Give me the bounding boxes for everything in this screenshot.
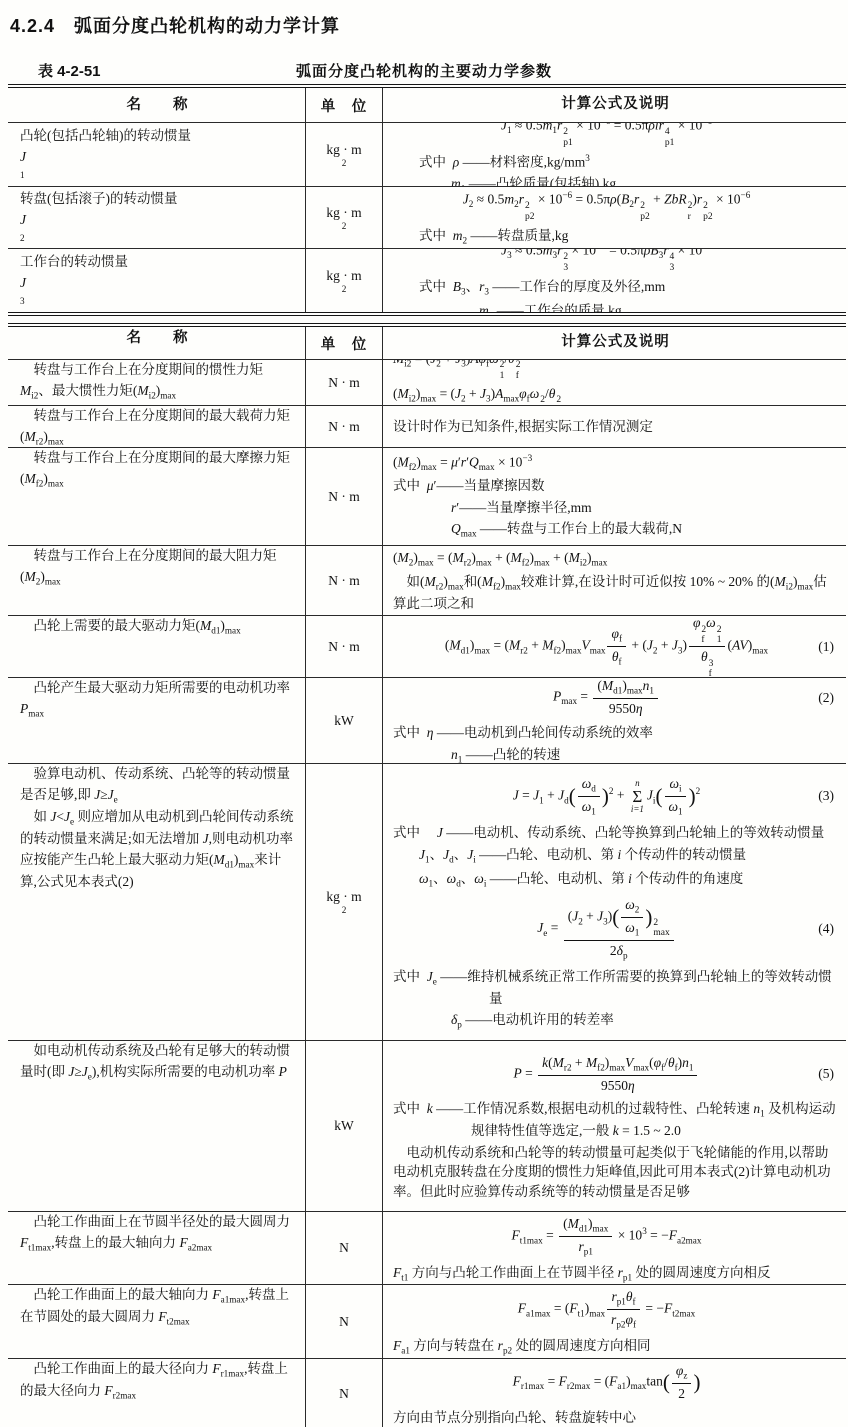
table-row: 凸轮产生最大驱动力矩所需要的电动机功率 Pmax kW Pmax = (Md1)…: [8, 677, 846, 763]
name-cell: 凸轮(包括凸轮轴)的转动惯量 J1: [8, 123, 305, 186]
table-row: 凸轮(包括凸轮轴)的转动惯量 J1 kg · m2 J1 ≈ 0.5m1r2p1…: [8, 122, 846, 186]
table-caption-row: 表 4-2-51 弧面分度凸轮机构的主要动力学参数: [0, 60, 848, 84]
header-name: 名 称: [8, 88, 305, 122]
table-row: 验算电动机、传动系统、凸轮等的转动惯量是否足够,即 J≥Je如 J<Je 则应增…: [8, 763, 846, 1040]
formula-cell: Mi2 = (J2 + J3)Aφfω21/θ2f(Mi2)max = (J2 …: [383, 360, 846, 405]
formula-cell: (Md1)max = (Mr2 + Mf2)maxVmaxφfθf + (J2 …: [383, 616, 846, 677]
table-row: 转盘与工作台上在分度期间的最大阻力矩(M2)max N · m (M2)max …: [8, 545, 846, 615]
name-cell: 凸轮工作曲面上的最大径向力 Fr1max,转盘上的最大径向力 Fr2max: [8, 1359, 305, 1427]
formula-cell: 设计时作为已知条件,根据实际工作情况测定: [383, 406, 846, 447]
header-name: 名 称: [8, 327, 305, 359]
table-row: 凸轮上需要的最大驱动力矩(Md1)max N · m (Md1)max = (M…: [8, 615, 846, 677]
table-row: 转盘与工作台上在分度期间的最大摩擦力矩(Mf2)max N · m (Mf2)m…: [8, 447, 846, 545]
formula-cell: J3 ≈ 0.5m3r23 × 10−6 = 0.5πρB3r43 × 10−6…: [383, 249, 846, 312]
formula-cell: J = J1 + Jd(ωdω1)2 + nΣi=1Ji(ωiω1)2(3)式中…: [383, 764, 846, 1040]
unit-cell: kW: [305, 1041, 383, 1211]
table-row: 转盘与工作台上在分度期间的最大载荷力矩(Mr2)max N · m 设计时作为已…: [8, 405, 846, 447]
name-cell: 转盘(包括滚子)的转动惯量 J2: [8, 187, 305, 248]
unit-cell: kg · m2: [305, 123, 383, 186]
table-row: 凸轮工作曲面上在节圆半径处的最大圆周力 Ft1max,转盘上的最大轴向力 Fa2…: [8, 1211, 846, 1284]
parameters-table-part2: 名 称 单 位 计算公式及说明 转盘与工作台上在分度期间的惯性力矩 Mi2、最大…: [8, 323, 846, 1427]
name-cell: 转盘与工作台上在分度期间的最大摩擦力矩(Mf2)max: [8, 448, 305, 545]
name-cell: 工作台的转动惯量 J3: [8, 249, 305, 312]
name-cell: 验算电动机、传动系统、凸轮等的转动惯量是否足够,即 J≥Je如 J<Je 则应增…: [8, 764, 305, 1040]
name-cell: 转盘与工作台上在分度期间的最大阻力矩(M2)max: [8, 546, 305, 615]
formula-cell: Fa1max = (Ft1)maxrp1θfrp2φf = −Ft2maxFa1…: [383, 1285, 846, 1358]
unit-cell: kg · m2: [305, 249, 383, 312]
name-cell: 转盘与工作台上在分度期间的惯性力矩 Mi2、最大惯性力矩(Mi2)max: [8, 360, 305, 405]
unit-cell: N: [305, 1212, 383, 1284]
name-cell: 凸轮产生最大驱动力矩所需要的电动机功率 Pmax: [8, 678, 305, 763]
formula-cell: Fr1max = Fr2max = (Fa1)maxtan(φz2)方向由节点分…: [383, 1359, 846, 1427]
name-cell: 如电动机传动系统及凸轮有足够大的转动惯量时(即 J≥Je),机构实际所需要的电动…: [8, 1041, 305, 1211]
table-row: 转盘与工作台上在分度期间的惯性力矩 Mi2、最大惯性力矩(Mi2)max N ·…: [8, 359, 846, 405]
unit-cell: N: [305, 1359, 383, 1427]
name-cell: 转盘与工作台上在分度期间的最大载荷力矩(Mr2)max: [8, 406, 305, 447]
unit-cell: N · m: [305, 406, 383, 447]
table-header-row: 名 称 单 位 计算公式及说明: [8, 88, 846, 122]
unit-cell: kW: [305, 678, 383, 763]
formula-cell: Pmax = (Md1)maxn19550η(2)式中 η ——电动机到凸轮间传…: [383, 678, 846, 763]
formula-cell: Ft1max = (Md1)maxrp1 × 103 = −Fa2maxFt1 …: [383, 1212, 846, 1284]
name-cell: 凸轮工作曲面上在节圆半径处的最大圆周力 Ft1max,转盘上的最大轴向力 Fa2…: [8, 1212, 305, 1284]
formula-cell: P = k(Mr2 + Mf2)maxVmax(φf/θf)n19550η(5)…: [383, 1041, 846, 1211]
formula-cell: (Mf2)max = μ′r′Qmax × 10−3式中 μ′——当量摩擦因数r…: [383, 448, 846, 545]
unit-cell: kg · m2: [305, 187, 383, 248]
table-row: 凸轮工作曲面上的最大轴向力 Fa1max,转盘上在节圆处的最大圆周力 Ft2ma…: [8, 1284, 846, 1358]
unit-cell: N · m: [305, 616, 383, 677]
table-row: 转盘(包括滚子)的转动惯量 J2 kg · m2 J2 ≈ 0.5m2r2p2 …: [8, 186, 846, 248]
formula-cell: J2 ≈ 0.5m2r2p2 × 10−6 = 0.5πρ(B2r2p2 + Z…: [383, 187, 846, 248]
table-caption: 弧面分度凸轮机构的主要动力学参数: [0, 60, 848, 81]
table-row: 如电动机传动系统及凸轮有足够大的转动惯量时(即 J≥Je),机构实际所需要的电动…: [8, 1040, 846, 1211]
formula-cell: J1 ≈ 0.5m1r2p1 × 10−6 = 0.5πρlr4p1 × 10−…: [383, 123, 846, 186]
unit-cell: kg · m2: [305, 764, 383, 1040]
formula-cell: (M2)max = (Mr2)max + (Mf2)max + (Mi2)max…: [383, 546, 846, 615]
header-unit: 单 位: [305, 327, 383, 359]
header-formula: 计算公式及说明: [383, 88, 846, 122]
table-row: 工作台的转动惯量 J3 kg · m2 J3 ≈ 0.5m3r23 × 10−6…: [8, 248, 846, 312]
unit-cell: N: [305, 1285, 383, 1358]
name-cell: 凸轮上需要的最大驱动力矩(Md1)max: [8, 616, 305, 677]
parameters-table-part1: 名 称 单 位 计算公式及说明 凸轮(包括凸轮轴)的转动惯量 J1 kg · m…: [8, 84, 846, 316]
table-row: 凸轮工作曲面上的最大径向力 Fr1max,转盘上的最大径向力 Fr2max N …: [8, 1358, 846, 1427]
unit-cell: N · m: [305, 546, 383, 615]
section-title: 4.2.4 弧面分度凸轮机构的动力学计算: [10, 12, 848, 38]
unit-cell: N · m: [305, 448, 383, 545]
document-page: 4.2.4 弧面分度凸轮机构的动力学计算 表 4-2-51 弧面分度凸轮机构的主…: [0, 0, 848, 1427]
table-header-row: 名 称 单 位 计算公式及说明: [8, 327, 846, 359]
unit-cell: N · m: [305, 360, 383, 405]
header-formula: 计算公式及说明: [383, 327, 846, 359]
header-unit: 单 位: [305, 88, 383, 122]
name-cell: 凸轮工作曲面上的最大轴向力 Fa1max,转盘上在节圆处的最大圆周力 Ft2ma…: [8, 1285, 305, 1358]
